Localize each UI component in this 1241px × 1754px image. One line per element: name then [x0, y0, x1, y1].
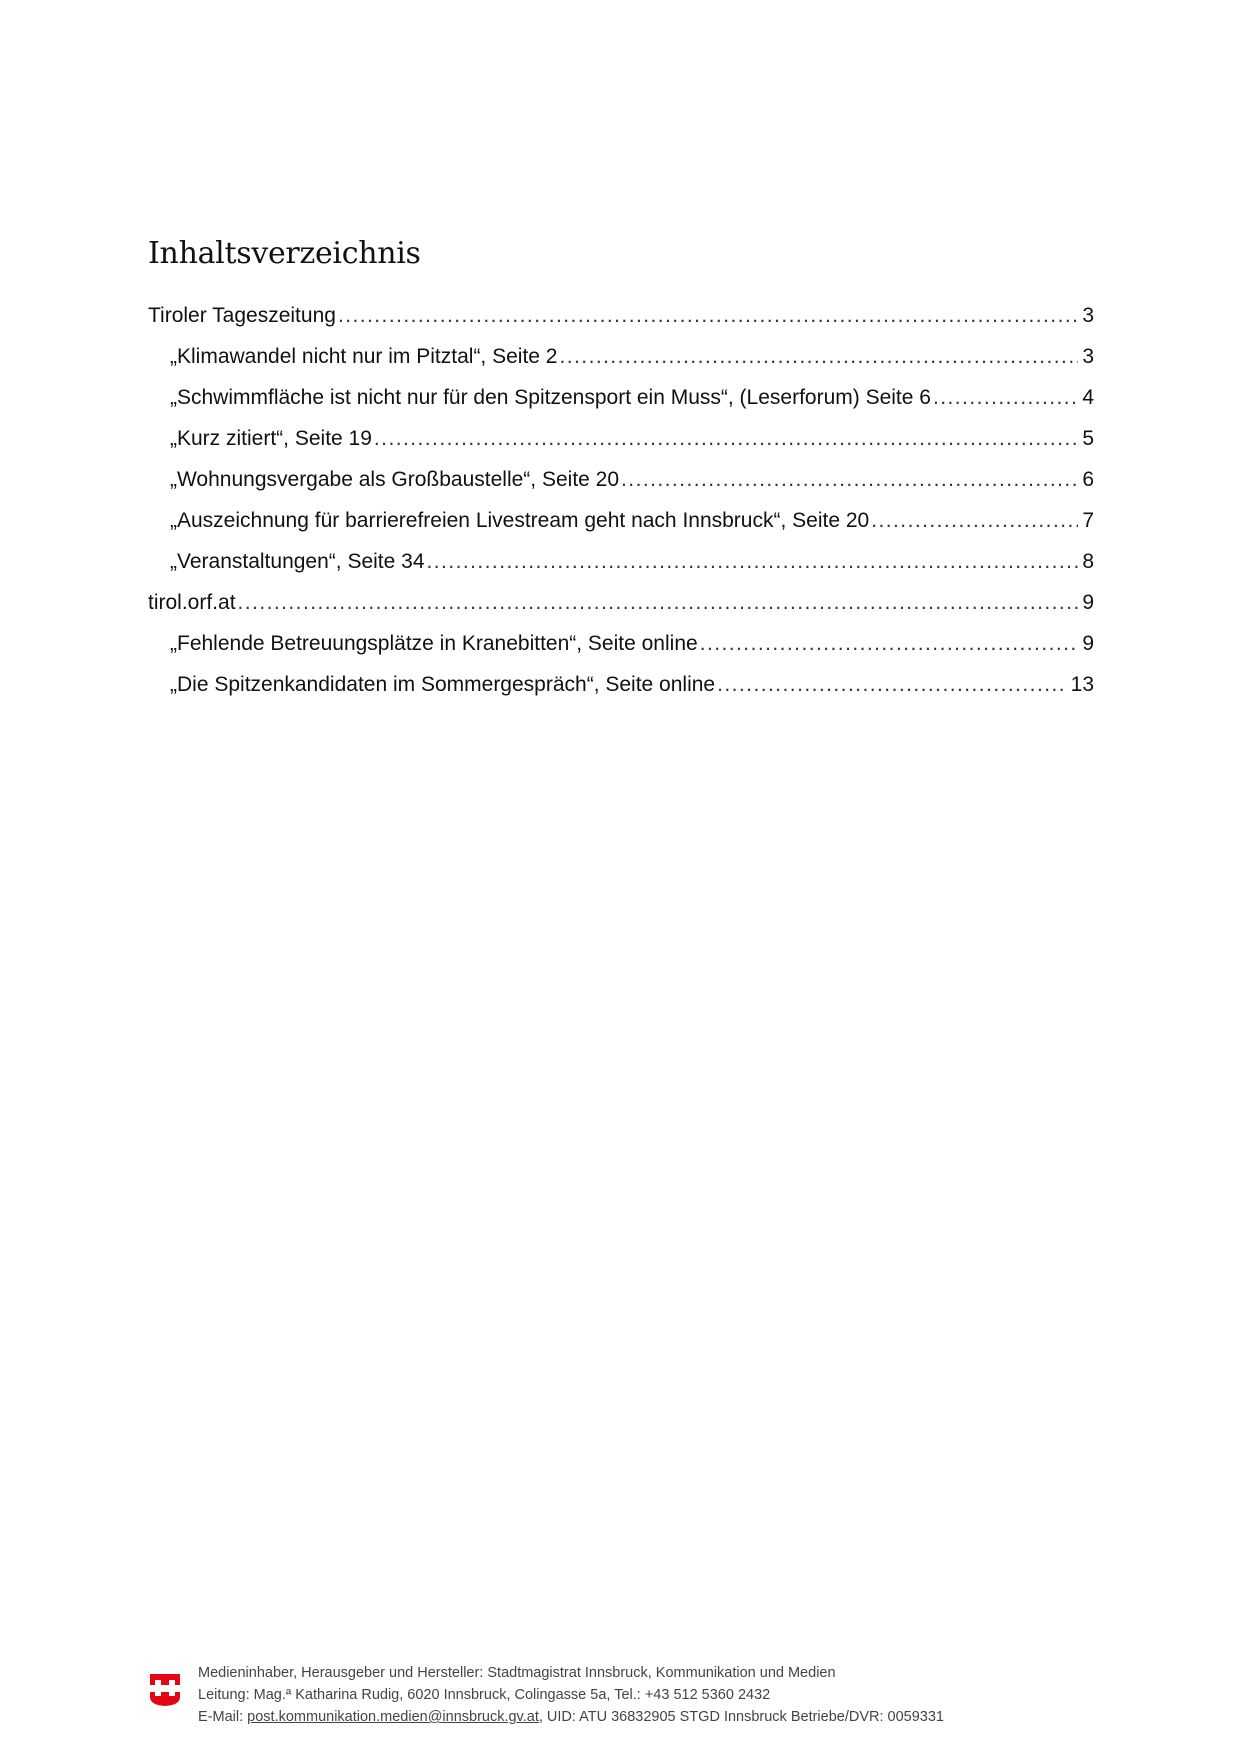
toc-entry-label: „Schwimmfläche ist nicht nur für den Spi…	[170, 386, 931, 410]
toc-dot-leader	[238, 591, 1079, 615]
footer-line-contact: E-Mail: post.kommunikation.medien@innsbr…	[198, 1706, 1098, 1728]
toc-entry-label: „Wohnungsvergabe als Großbaustelle“, Sei…	[170, 468, 619, 492]
toc-entry-page-number: 6	[1082, 468, 1094, 492]
toc-article-entry[interactable]: „Klimawandel nicht nur im Pitztal“, Seit…	[148, 345, 1094, 386]
toc-entry-label: Tiroler Tageszeitung	[148, 304, 336, 328]
toc-section-entry[interactable]: tirol.orf.at9	[148, 591, 1094, 632]
toc-entry-page-number: 4	[1082, 386, 1094, 410]
toc-dot-leader	[374, 427, 1078, 451]
footer-email-link[interactable]: post.kommunikation.medien@innsbruck.gv.a…	[247, 1709, 539, 1725]
toc-article-entry[interactable]: „Auszeichnung für barrierefreien Livestr…	[148, 509, 1094, 550]
toc-entry-label: tirol.orf.at	[148, 591, 236, 615]
toc-entry-label: „Kurz zitiert“, Seite 19	[170, 427, 372, 451]
toc-entry-label: „Fehlende Betreuungsplätze in Kranebitte…	[170, 632, 698, 656]
document-page: Inhaltsverzeichnis Tiroler Tageszeitung3…	[0, 0, 1241, 1754]
toc-entry-page-number: 3	[1082, 304, 1094, 328]
toc-dot-leader	[560, 345, 1079, 369]
toc-section-entry[interactable]: Tiroler Tageszeitung3	[148, 304, 1094, 345]
toc-entry-label: „Veranstaltungen“, Seite 34	[170, 550, 425, 574]
toc-entry-label: „Klimawandel nicht nur im Pitztal“, Seit…	[170, 345, 558, 369]
toc-dot-leader	[871, 509, 1078, 533]
toc-dot-leader	[933, 386, 1078, 410]
footer-line-management: Leitung: Mag.ª Katharina Rudig, 6020 Inn…	[198, 1684, 1098, 1706]
toc-entry-label: „Auszeichnung für barrierefreien Livestr…	[170, 509, 869, 533]
toc-entry-page-number: 3	[1082, 345, 1094, 369]
footer-uid: , UID: ATU 36832905 STGD Innsbruck Betri…	[539, 1709, 944, 1725]
toc-entry-page-number: 8	[1082, 550, 1094, 574]
toc-entry-page-number: 5	[1082, 427, 1094, 451]
toc-article-entry[interactable]: „Schwimmfläche ist nicht nur für den Spi…	[148, 386, 1094, 427]
toc-entry-page-number: 7	[1082, 509, 1094, 533]
footer-line-publisher: Medieninhaber, Herausgeber und Herstelle…	[198, 1662, 1098, 1684]
toc-title: Inhaltsverzeichnis	[148, 236, 421, 271]
toc-entry-page-number: 9	[1082, 632, 1094, 656]
toc-article-entry[interactable]: „Wohnungsvergabe als Großbaustelle“, Sei…	[148, 468, 1094, 509]
toc-article-entry[interactable]: „Kurz zitiert“, Seite 195	[148, 427, 1094, 468]
toc-entry-label: „Die Spitzenkandidaten im Sommergespräch…	[170, 673, 715, 697]
toc-article-entry[interactable]: „Veranstaltungen“, Seite 348	[148, 550, 1094, 591]
footer-imprint: Medieninhaber, Herausgeber und Herstelle…	[198, 1662, 1098, 1728]
footer-email-label: E-Mail:	[198, 1709, 247, 1725]
table-of-contents: Tiroler Tageszeitung3„Klimawandel nicht …	[148, 304, 1094, 714]
toc-entry-page-number: 9	[1082, 591, 1094, 615]
toc-article-entry[interactable]: „Fehlende Betreuungsplätze in Kranebitte…	[148, 632, 1094, 673]
toc-dot-leader	[700, 632, 1079, 656]
toc-dot-leader	[717, 673, 1067, 697]
toc-dot-leader	[338, 304, 1078, 328]
toc-dot-leader	[621, 468, 1078, 492]
toc-dot-leader	[427, 550, 1079, 574]
innsbruck-logo-icon	[150, 1670, 180, 1708]
toc-entry-page-number: 13	[1071, 673, 1094, 697]
toc-article-entry[interactable]: „Die Spitzenkandidaten im Sommergespräch…	[148, 673, 1094, 714]
